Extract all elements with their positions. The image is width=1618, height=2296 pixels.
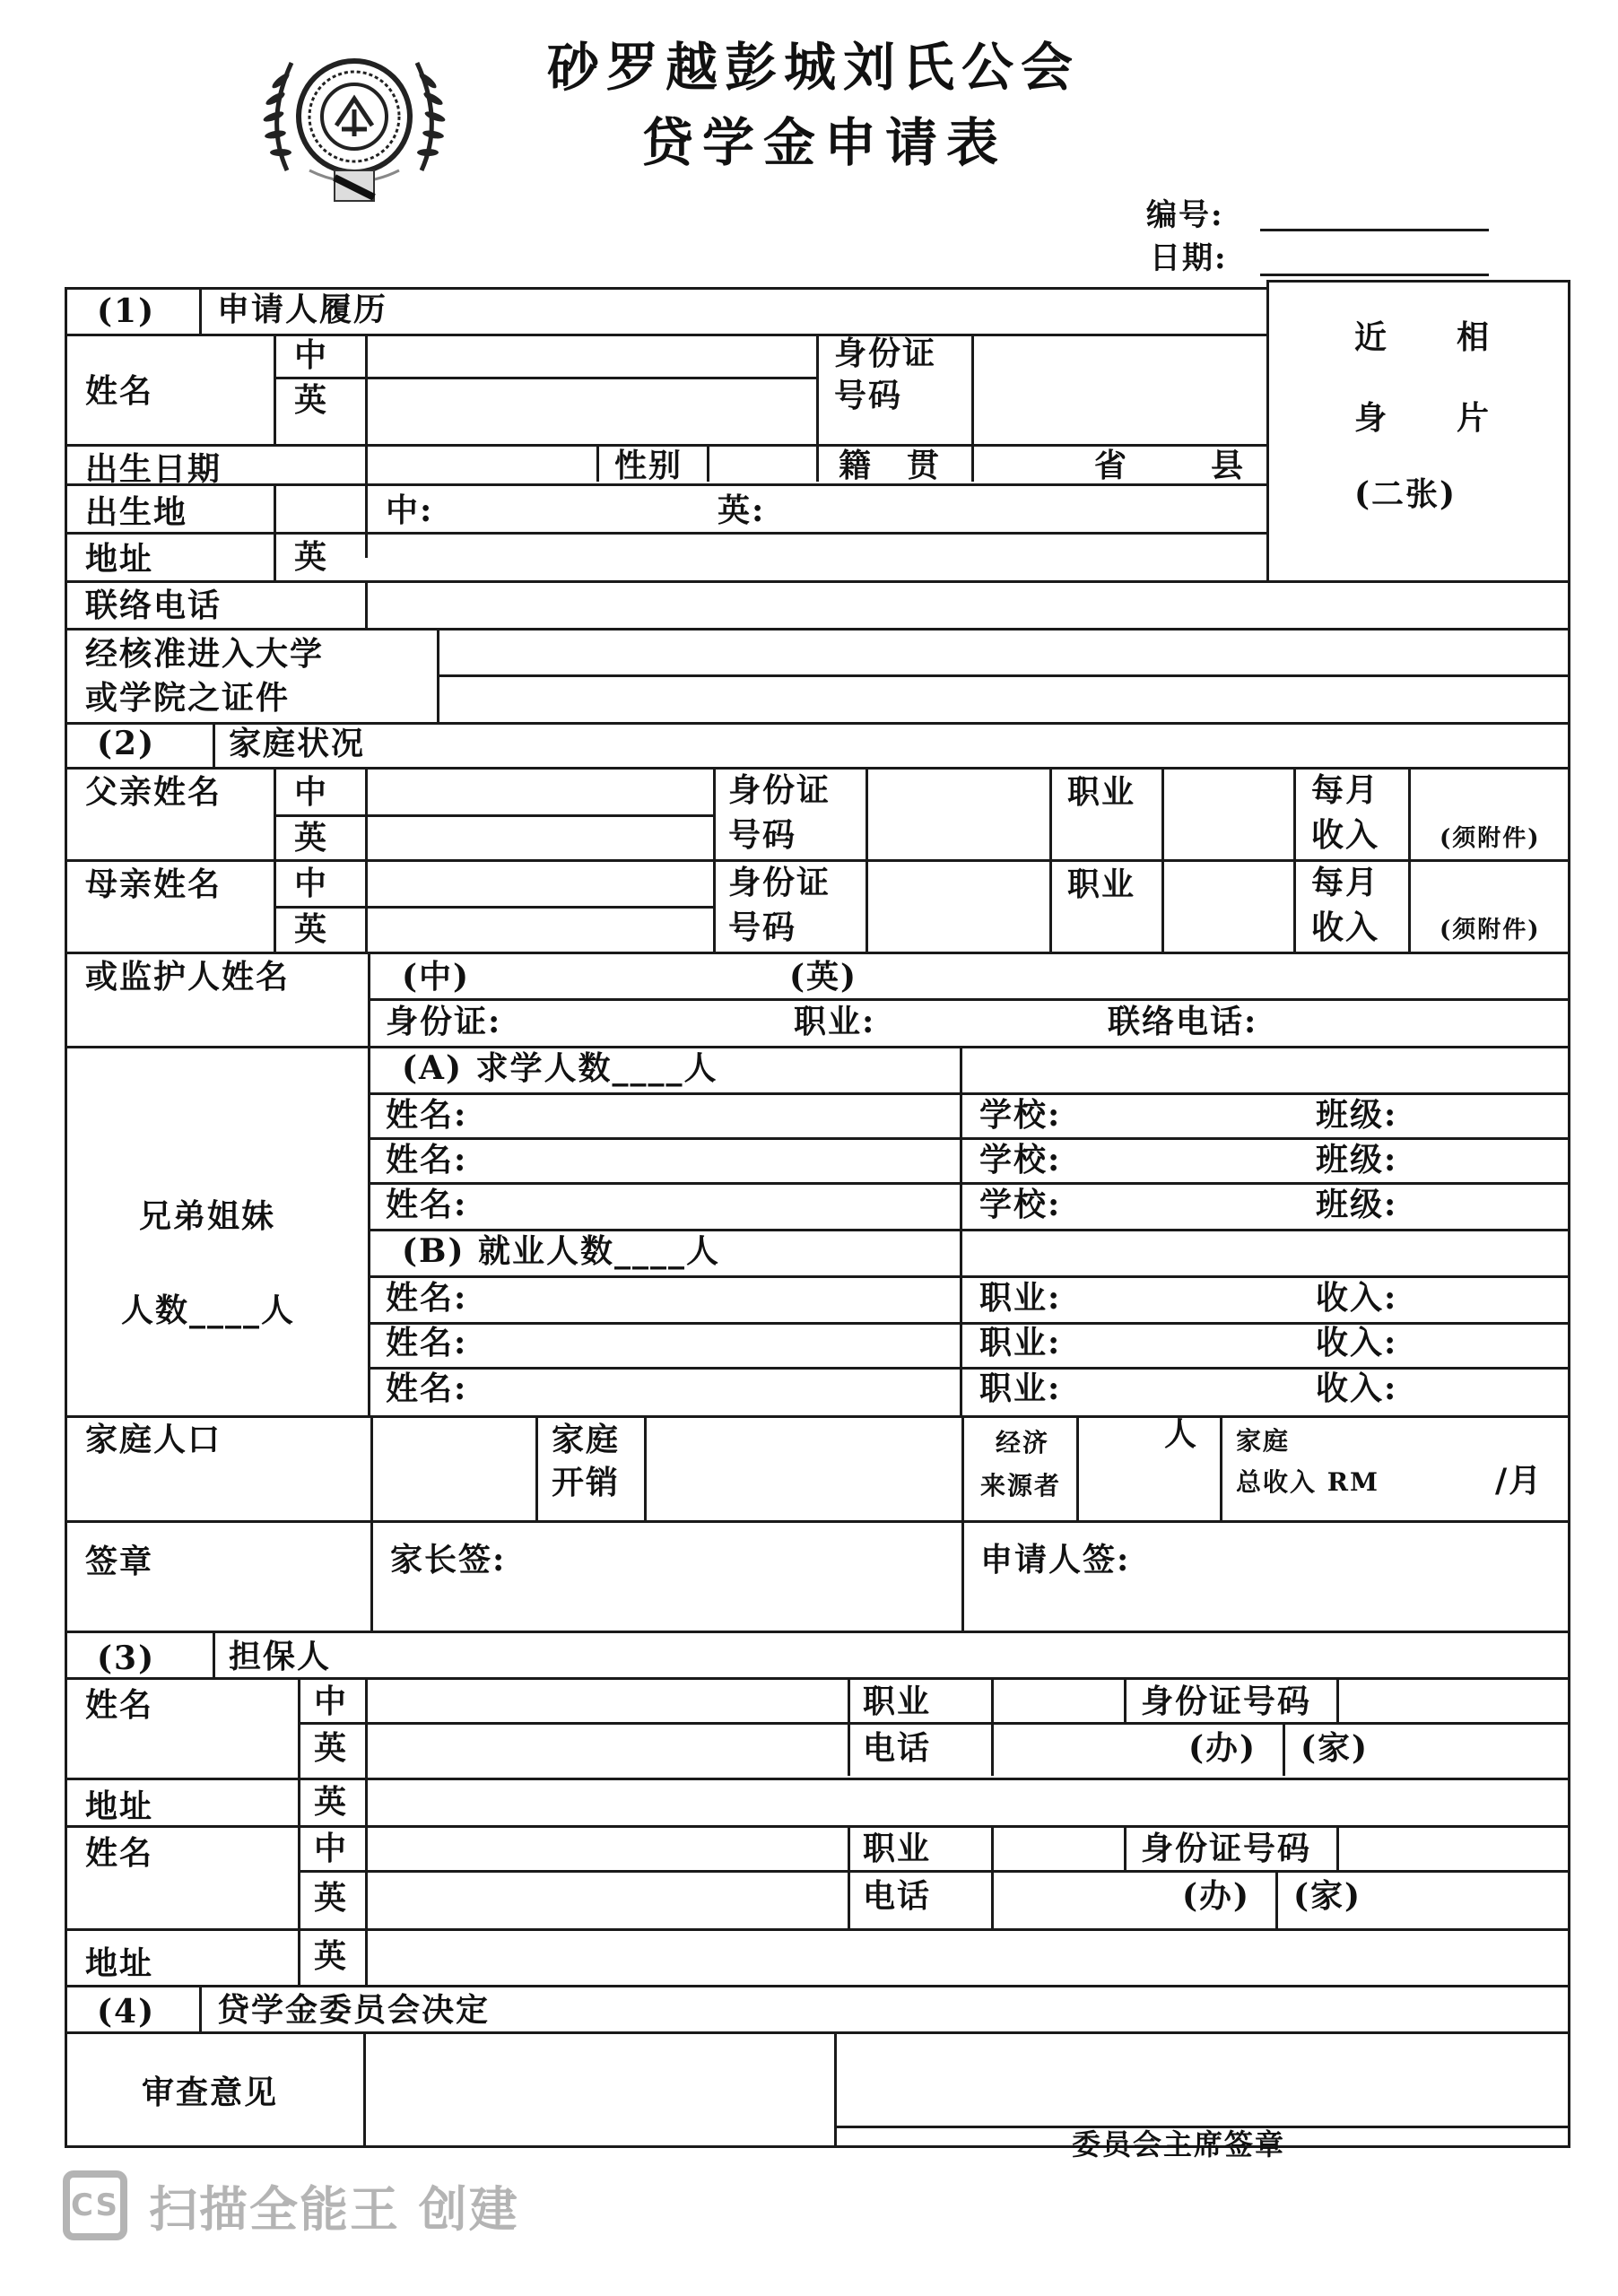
phone-label: 联络电话	[85, 587, 222, 625]
working-name-input-1[interactable]	[475, 1279, 959, 1318]
household-expense-label-2: 开销	[552, 1464, 620, 1502]
mother-en-label: 英	[294, 910, 328, 949]
mother-zh-label: 中	[294, 865, 328, 903]
father-ic-label-1: 身份证	[728, 771, 831, 810]
father-occupation-label: 职业	[1067, 773, 1135, 812]
applicant-name-en-label: 英	[294, 381, 328, 420]
working-name-input-3[interactable]	[475, 1370, 959, 1409]
guarantor1-phone-office-input[interactable]	[996, 1726, 1187, 1773]
working-name-label-3: 姓名:	[386, 1370, 467, 1408]
photo-label-line2: 身 片	[1354, 399, 1491, 438]
scanner-watermark: CS 扫描全能王 创建	[63, 2170, 519, 2240]
birthplace-en-label: 英:	[718, 491, 765, 530]
applicant-name-en-input[interactable]	[370, 381, 817, 444]
studying-class-label-2: 班级:	[1316, 1141, 1397, 1179]
section4-number: (4)	[97, 1993, 155, 2031]
mother-occupation-input[interactable]	[1166, 863, 1293, 950]
mother-ic-input[interactable]	[870, 863, 1051, 950]
studying-name-input-2[interactable]	[475, 1141, 959, 1180]
organization-title: 砂罗越彭城刘氏公会	[547, 25, 1080, 100]
address-label: 地址	[85, 540, 153, 578]
studying-school-label-3: 学校:	[979, 1186, 1061, 1224]
guardian-name-en-input[interactable]	[888, 956, 1566, 997]
guardian-name-label: 或监护人姓名	[85, 958, 290, 996]
phone-input[interactable]	[370, 585, 1566, 628]
form-title: 贷学金申请表	[641, 100, 1007, 176]
mother-ic-label-2: 号码	[728, 909, 796, 947]
household-expense-label-1: 家庭	[552, 1421, 620, 1459]
guarantor1-occupation-label: 职业	[863, 1683, 931, 1721]
siblings-label: 兄弟姐妹	[139, 1197, 275, 1236]
dob-input[interactable]	[370, 447, 597, 483]
origin-input[interactable]	[976, 447, 1096, 483]
guarantor1-phone-label: 电话	[863, 1729, 931, 1768]
signature-label: 签章	[85, 1543, 153, 1581]
guarantor1-phone-home-label: (家)	[1300, 1729, 1369, 1768]
guardian-phone-input[interactable]	[1283, 1002, 1566, 1043]
number-underline	[1260, 229, 1489, 231]
working-name-input-2[interactable]	[475, 1324, 959, 1363]
guarantor2-phone-office-input[interactable]	[996, 1874, 1183, 1926]
photo-label-line3: (二张)	[1354, 475, 1457, 514]
studying-count-header: (A) 求学人数____人	[402, 1049, 718, 1088]
section4-title: 贷学金委员会决定	[217, 1991, 490, 2030]
working-name-label-2: 姓名:	[386, 1324, 467, 1362]
mother-occupation-label: 职业	[1067, 865, 1135, 904]
guarantor1-zh-label: 中	[314, 1683, 348, 1721]
guarantor1-address-label: 地址	[85, 1787, 153, 1826]
origin-province-label: 省	[1094, 447, 1128, 485]
form-bottom-border	[65, 2145, 1570, 2148]
earners-label-1: 经济	[996, 1428, 1049, 1458]
section2-number: (2)	[97, 725, 155, 763]
chairman-signature-field[interactable]	[839, 2036, 1565, 2126]
section3-number: (3)	[97, 1639, 155, 1678]
birthplace-en-input[interactable]	[780, 489, 1264, 530]
guarantor1-ic-label: 身份证号码	[1141, 1683, 1311, 1721]
studying-name-label-1: 姓名:	[386, 1096, 467, 1135]
form-left-border	[65, 287, 67, 2145]
father-income-label-2: 收入	[1311, 816, 1379, 855]
admission-proof-label-1: 经核准进入大学	[85, 635, 324, 674]
watermark-text: 扫描全能王 创建	[149, 2171, 519, 2240]
studying-name-label-2: 姓名:	[386, 1141, 467, 1179]
father-name-label: 父亲姓名	[85, 773, 222, 812]
applicant-ic-input[interactable]	[976, 336, 1266, 444]
guarantor2-address-input[interactable]	[370, 1933, 1569, 1984]
guarantor2-phone-office-label: (办)	[1182, 1877, 1250, 1916]
household-size-label: 家庭人口	[85, 1421, 222, 1459]
guarantor1-name-en-input[interactable]	[370, 1726, 848, 1773]
guarantor2-occupation-input[interactable]	[996, 1830, 1125, 1869]
origin-label: 籍 贯	[839, 447, 941, 485]
guardian-name-zh-input[interactable]	[489, 956, 788, 997]
working-income-label-2: 收入:	[1316, 1324, 1397, 1362]
guarantor2-name-zh-input[interactable]	[370, 1830, 848, 1869]
section3-title: 担保人	[229, 1638, 331, 1676]
working-income-input-2[interactable]	[1408, 1324, 1566, 1363]
guardian-occupation-label: 职业:	[794, 1003, 875, 1041]
date-underline	[1260, 274, 1489, 276]
father-occupation-input[interactable]	[1166, 771, 1293, 858]
studying-name-input-1[interactable]	[475, 1096, 959, 1135]
address-input[interactable]	[370, 536, 1266, 579]
siblings-count-label: 人数____人	[121, 1291, 295, 1330]
mother-name-zh-input[interactable]	[370, 863, 714, 904]
guarantor2-phone-label: 电话	[863, 1877, 931, 1916]
father-ic-label-2: 号码	[728, 816, 796, 855]
date-field[interactable]	[1260, 238, 1489, 274]
number-field[interactable]	[1260, 193, 1489, 229]
number-label: 编号:	[1146, 197, 1224, 234]
section2-title: 家庭状况	[229, 725, 365, 763]
mother-ic-label-1: 身份证	[728, 864, 831, 902]
studying-school-input-2[interactable]	[1067, 1141, 1313, 1180]
working-occupation-label-3: 职业:	[979, 1370, 1061, 1408]
working-occupation-label-2: 职业:	[979, 1324, 1061, 1362]
household-expense-input[interactable]	[648, 1420, 961, 1520]
gender-label: 性别	[614, 447, 683, 485]
origin-county-label: 县	[1211, 447, 1245, 485]
guardian-ic-label: 身份证:	[386, 1003, 501, 1041]
guarantor1-en-label: 英	[314, 1729, 348, 1768]
guarantor1-occupation-input[interactable]	[996, 1682, 1125, 1721]
guardian-name-en-label: (英)	[789, 958, 857, 996]
applicant-name-zh-label: 中	[294, 336, 328, 375]
father-ic-input[interactable]	[870, 771, 1051, 858]
admission-proof-label-2: 或学院之证件	[85, 679, 290, 717]
guarantor2-name-en-input[interactable]	[370, 1874, 848, 1926]
applicant-ic-label-2: 号码	[834, 377, 902, 415]
photo-label-line1: 近 相	[1354, 318, 1491, 357]
earners-unit: 人	[1164, 1415, 1198, 1454]
earners-input[interactable]	[1081, 1420, 1170, 1520]
mother-name-label: 母亲姓名	[85, 865, 222, 904]
working-income-input-3[interactable]	[1408, 1370, 1566, 1409]
guarantor1-address-en-label: 英	[314, 1783, 348, 1822]
mother-income-input[interactable]	[1413, 863, 1569, 918]
total-income-label-1: 家庭	[1236, 1426, 1290, 1457]
father-name-en-input[interactable]	[370, 818, 714, 859]
review-opinion-input[interactable]	[368, 2036, 833, 2145]
birthplace-zh-label: 中:	[386, 491, 433, 530]
studying-class-input-3[interactable]	[1408, 1186, 1566, 1225]
working-income-label-3: 收入:	[1316, 1370, 1397, 1408]
studying-name-label-3: 姓名:	[386, 1186, 467, 1224]
working-occupation-input-1[interactable]	[1067, 1279, 1313, 1318]
studying-class-label-1: 班级:	[1316, 1096, 1397, 1135]
camscanner-logo-icon: CS	[63, 2170, 127, 2240]
total-income-input[interactable]	[1381, 1462, 1492, 1503]
review-opinion-label: 审查意见	[142, 2074, 278, 2112]
working-occupation-input-3[interactable]	[1067, 1370, 1313, 1409]
father-income-label-1: 每月	[1311, 771, 1379, 810]
address-en-label: 英	[294, 538, 328, 577]
guarantor2-phone-home-input[interactable]	[1395, 1874, 1569, 1926]
guarantor1-phone-home-input[interactable]	[1399, 1726, 1569, 1773]
guarantor2-zh-label: 中	[314, 1830, 348, 1868]
guarantor2-occupation-label: 职业	[863, 1830, 931, 1868]
mother-name-en-input[interactable]	[370, 909, 714, 951]
gender-input[interactable]	[711, 447, 817, 483]
guardian-ic-input[interactable]	[520, 1002, 793, 1043]
guarantor1-name-label: 姓名	[85, 1686, 153, 1725]
father-income-attachment-note: (须附件)	[1440, 825, 1541, 853]
studying-class-label-3: 班级:	[1316, 1186, 1397, 1224]
guarantor2-address-label: 地址	[85, 1944, 153, 1983]
birthplace-label: 出生地	[85, 493, 187, 532]
applicant-name-zh-input[interactable]	[370, 336, 817, 376]
working-occupation-input-2[interactable]	[1067, 1324, 1313, 1363]
laurel-emblem-icon	[247, 36, 462, 206]
working-count-header: (B) 就业人数____人	[402, 1232, 720, 1271]
guardian-name-zh-label: (中)	[402, 958, 470, 996]
total-income-per-month: /月	[1495, 1462, 1543, 1500]
admission-proof-input-2[interactable]	[441, 679, 1566, 720]
guarantor2-en-label: 英	[314, 1879, 348, 1918]
section1-number: (1)	[97, 292, 155, 331]
working-occupation-label-1: 职业:	[979, 1279, 1061, 1318]
total-income-label-2: 总收入 RM	[1236, 1467, 1379, 1498]
applicant-name-label: 姓名	[85, 372, 153, 411]
working-income-label-1: 收入:	[1316, 1279, 1397, 1318]
mother-income-label-1: 每月	[1311, 864, 1379, 902]
mother-income-attachment-note: (须附件)	[1440, 917, 1541, 944]
father-en-label: 英	[294, 819, 328, 857]
applicant-ic-label-1: 身份证	[834, 335, 936, 373]
guarantor1-address-input[interactable]	[370, 1782, 1569, 1823]
working-name-label-1: 姓名:	[386, 1279, 467, 1318]
mother-income-label-2: 收入	[1311, 909, 1379, 947]
studying-school-label-1: 学校:	[979, 1096, 1061, 1135]
guarantor1-ic-input[interactable]	[1341, 1682, 1569, 1721]
guardian-phone-label: 联络电话:	[1108, 1003, 1257, 1041]
date-label: 日期:	[1150, 240, 1228, 277]
earners-label-2: 来源者	[980, 1471, 1061, 1501]
father-zh-label: 中	[294, 773, 328, 812]
admission-proof-input-1[interactable]	[441, 632, 1566, 674]
birthplace-zh-input[interactable]	[448, 489, 712, 530]
guarantor2-ic-label: 身份证号码	[1141, 1830, 1311, 1868]
form-top-border	[65, 287, 1266, 290]
working-income-input-1[interactable]	[1408, 1279, 1566, 1318]
guarantor1-name-zh-input[interactable]	[370, 1682, 848, 1721]
studying-class-input-1[interactable]	[1408, 1096, 1566, 1135]
studying-class-input-2[interactable]	[1408, 1141, 1566, 1180]
studying-school-input-1[interactable]	[1067, 1096, 1313, 1135]
guardian-occupation-input[interactable]	[888, 1002, 1107, 1043]
chairman-signature-label: 委员会主席签章	[1072, 2130, 1285, 2159]
father-name-zh-input[interactable]	[370, 771, 714, 813]
association-logo	[247, 36, 462, 206]
studying-name-input-3[interactable]	[475, 1186, 959, 1225]
guarantor2-address-en-label: 英	[314, 1937, 348, 1976]
guarantor2-name-label: 姓名	[85, 1834, 153, 1873]
guarantor1-phone-office-label: (办)	[1188, 1729, 1257, 1768]
studying-school-input-3[interactable]	[1067, 1186, 1313, 1225]
applicant-signature-field[interactable]	[966, 1525, 1565, 1628]
parent-signature-field[interactable]	[375, 1525, 958, 1628]
father-income-input[interactable]	[1413, 771, 1569, 827]
guarantor2-phone-home-label: (家)	[1293, 1877, 1361, 1916]
studying-school-label-2: 学校:	[979, 1141, 1061, 1179]
section1-title: 申请人履历	[217, 291, 387, 329]
guarantor2-ic-input[interactable]	[1341, 1830, 1569, 1869]
household-size-input[interactable]	[375, 1420, 535, 1520]
